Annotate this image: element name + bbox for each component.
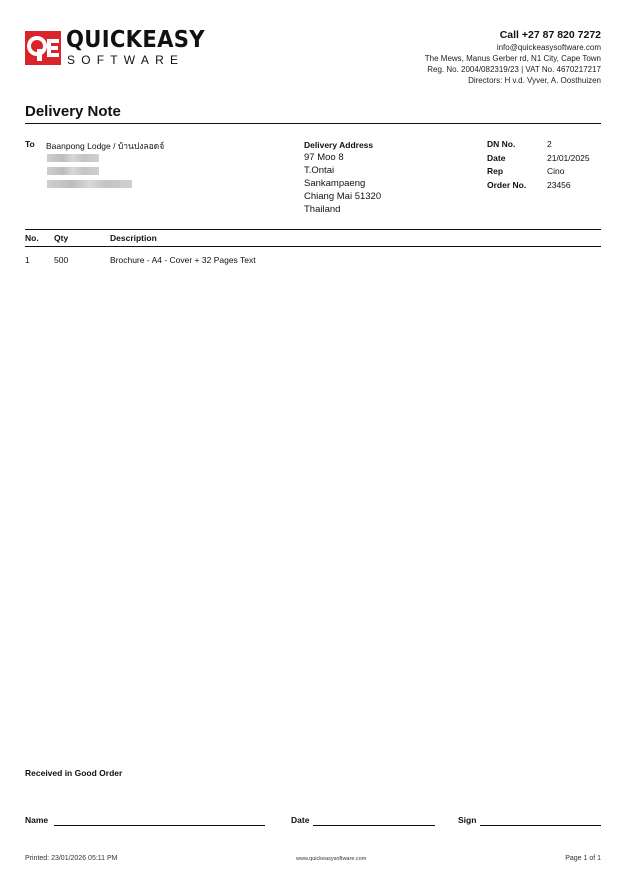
logo-icon <box>25 31 61 65</box>
to-label: To <box>25 139 35 149</box>
date-signature-line[interactable] <box>313 825 435 826</box>
sign-label: Sign <box>458 815 476 825</box>
company-directors: Directors: H v.d. Vyver, A. Oosthuizen <box>425 75 601 86</box>
document-meta: DN No.2 Date21/01/2025 RepCino Order No.… <box>487 139 590 194</box>
column-header-description: Description <box>110 233 157 243</box>
address-line: Thailand <box>304 203 381 216</box>
logo-name: QUICKEASY <box>66 28 205 52</box>
address-line: Sankampaeng <box>304 177 381 190</box>
column-header-qty: Qty <box>54 233 68 243</box>
address-line: Chiang Mai 51320 <box>304 190 381 203</box>
date-label: Date <box>487 153 547 167</box>
row-description: Brochure - A4 - Cover + 32 Pages Text <box>110 255 256 265</box>
company-info: Call +27 87 820 7272 info@quickeasysoftw… <box>425 28 601 86</box>
sign-signature-line[interactable] <box>480 825 601 826</box>
company-address: The Mews, Manus Gerber rd, N1 City, Cape… <box>425 53 601 64</box>
order-no-label: Order No. <box>487 180 547 194</box>
name-signature-line[interactable] <box>54 825 265 826</box>
delivery-address-label: Delivery Address <box>304 139 381 151</box>
redacted-line <box>47 154 99 162</box>
address-line: 97 Moo 8 <box>304 151 381 164</box>
footer-website: www.quickeasysoftware.com <box>296 856 366 862</box>
date-sign-label: Date <box>291 815 309 825</box>
address-line: T.Ontai <box>304 164 381 177</box>
title-divider <box>25 123 601 124</box>
order-no-value: 23456 <box>547 180 571 194</box>
printed-timestamp: Printed: 23/01/2026 05:11 PM <box>25 855 118 862</box>
page-number: Page 1 of 1 <box>565 855 601 862</box>
company-email: info@quickeasysoftware.com <box>425 42 601 53</box>
table-header-divider <box>25 246 601 247</box>
logo-subtitle: SOFTWARE <box>67 53 184 67</box>
table-top-divider <box>25 229 601 230</box>
name-label: Name <box>25 815 48 825</box>
rep-value: Cino <box>547 166 564 180</box>
redacted-line <box>47 180 132 188</box>
received-title: Received in Good Order <box>25 768 122 778</box>
company-phone: Call +27 87 820 7272 <box>425 28 601 42</box>
row-qty: 500 <box>54 255 68 265</box>
dn-no-value: 2 <box>547 139 552 153</box>
dn-no-label: DN No. <box>487 139 547 153</box>
page-title: Delivery Note <box>25 103 121 120</box>
company-registration: Reg. No. 2004/082319/23 | VAT No. 467021… <box>425 64 601 75</box>
delivery-address: Delivery Address 97 Moo 8 T.Ontai Sankam… <box>304 139 381 216</box>
date-value: 21/01/2025 <box>547 153 590 167</box>
row-no: 1 <box>25 255 30 265</box>
rep-label: Rep <box>487 166 547 180</box>
customer-name: Baanpong Lodge / บ้านปงลอดจ์ <box>46 139 164 153</box>
column-header-no: No. <box>25 233 39 243</box>
redacted-line <box>47 167 99 175</box>
